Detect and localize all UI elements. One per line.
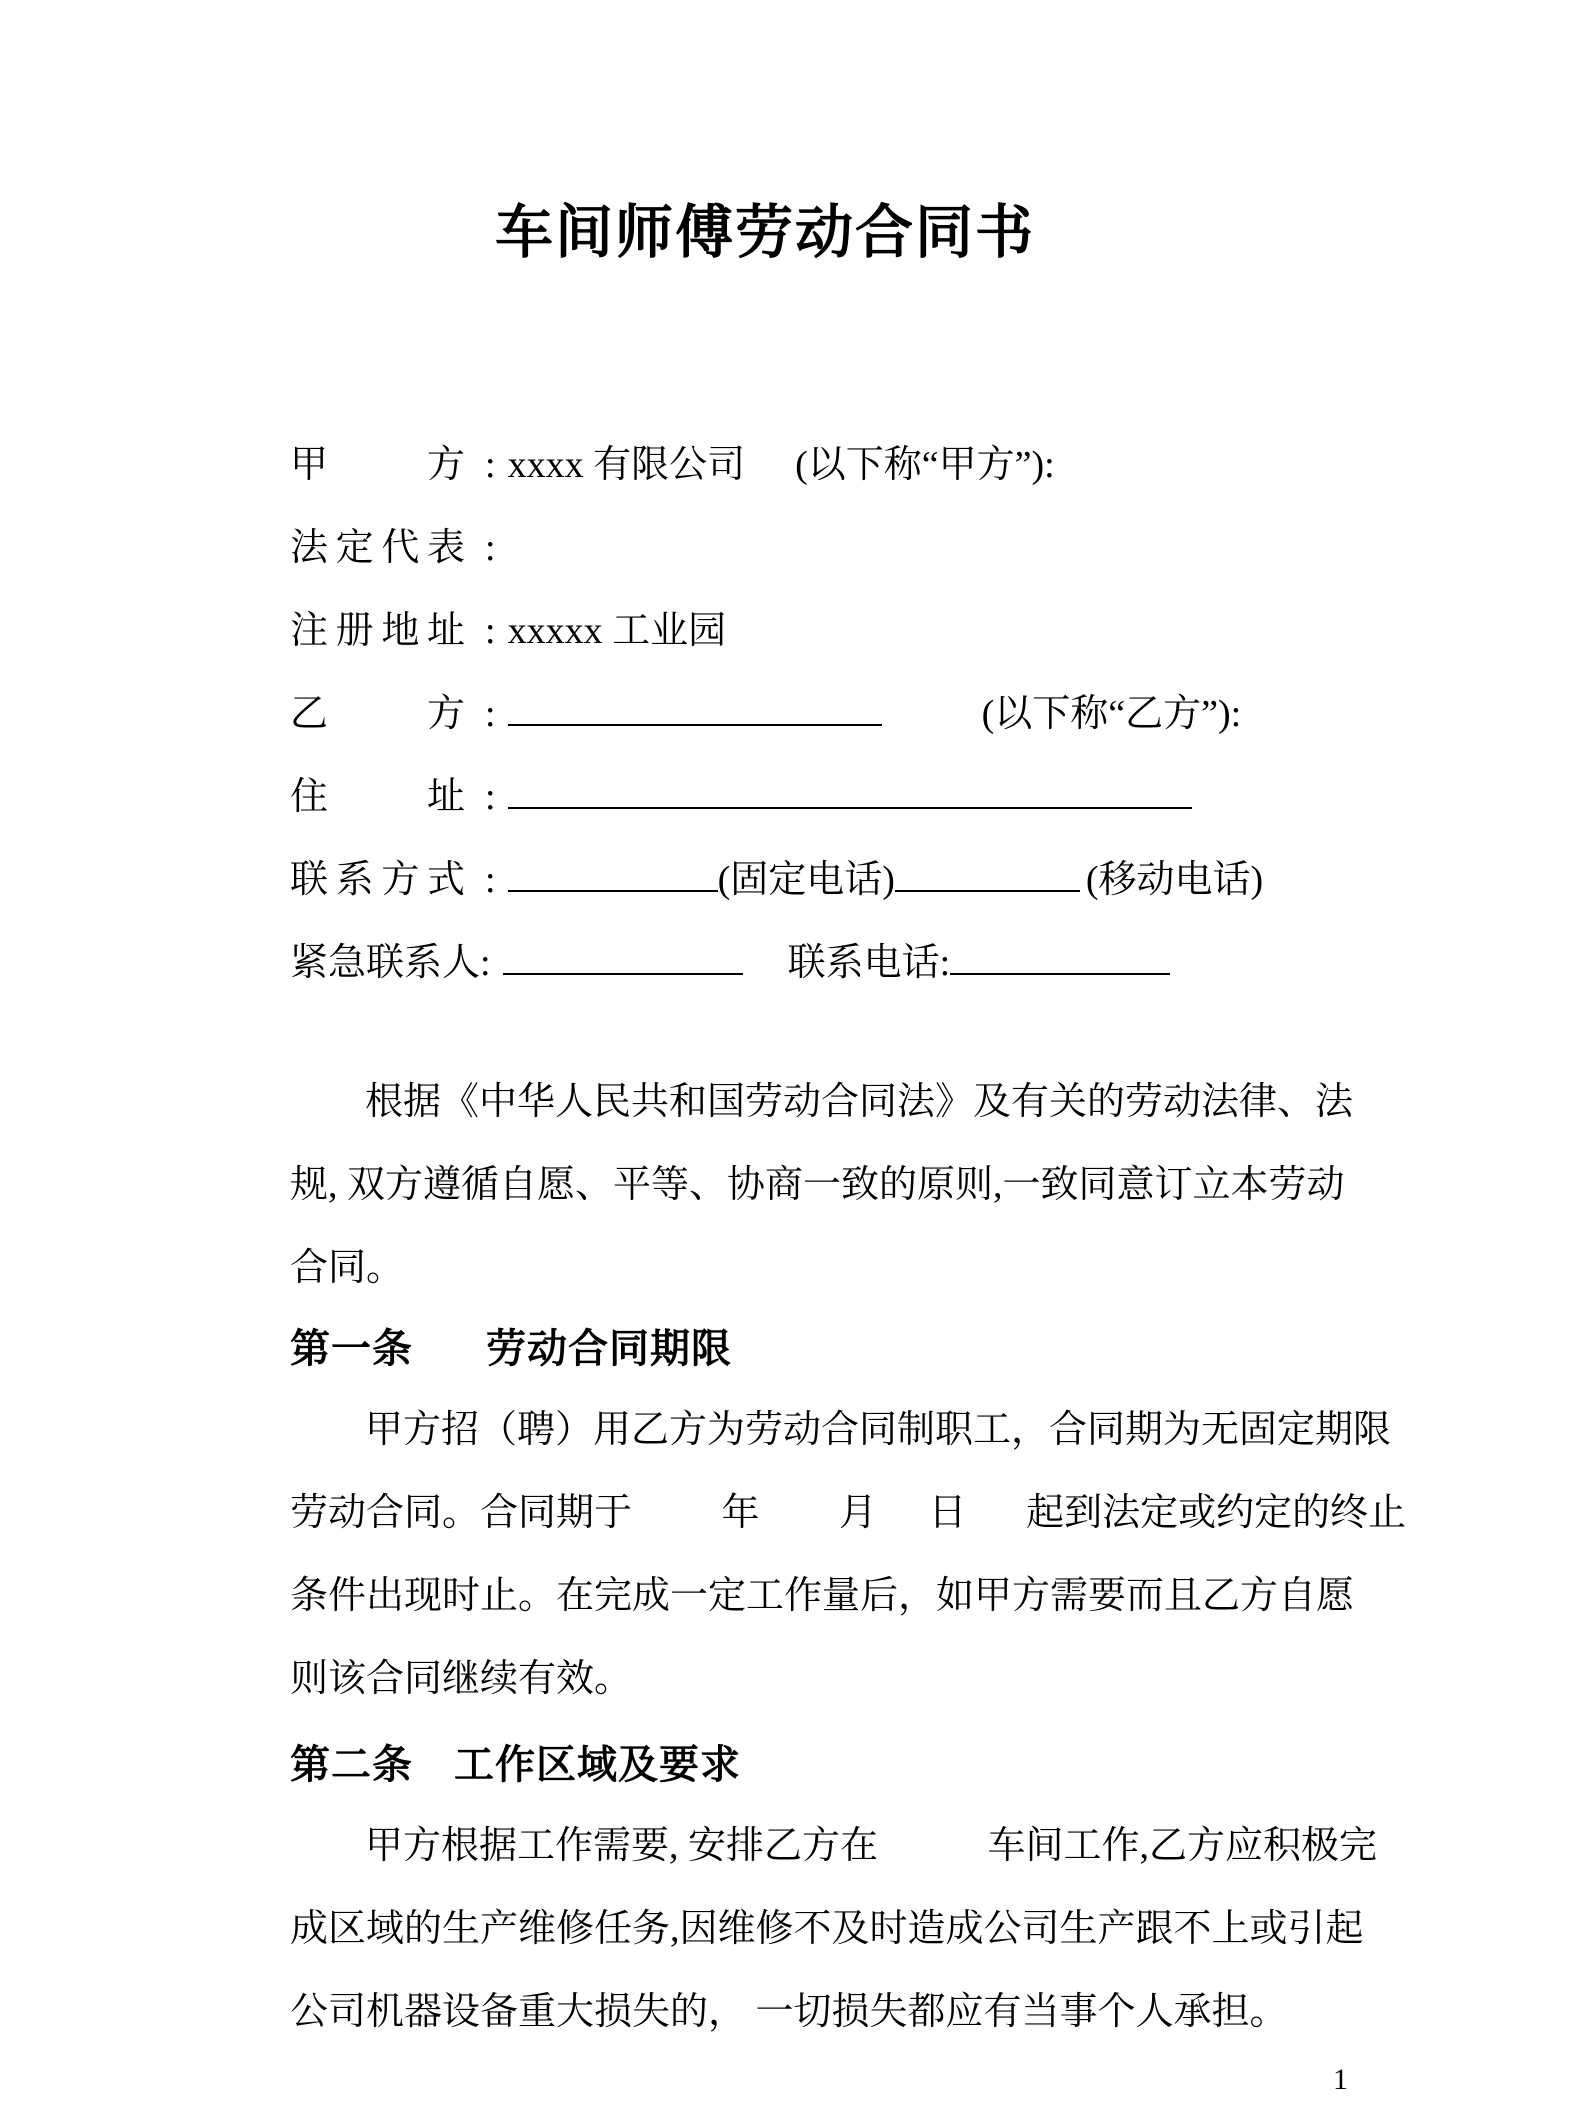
article-1-line-4: 则该合同继续有效。	[290, 1657, 632, 1703]
day-label: 日	[929, 1492, 967, 1534]
page-number: 1	[1333, 2063, 1348, 2097]
document-title: 车间师傅劳动合同书	[0, 185, 1530, 269]
registered-address-row: 注册地址 : xxxxx 工业园	[290, 599, 726, 654]
contact-colon: :	[485, 858, 496, 902]
fixed-phone-label: (固定电话)	[718, 848, 895, 903]
intro-line-2: 规, 双方遵循自愿、平等、协商一致的原则,一致同意订立本劳动	[290, 1163, 1345, 1209]
emergency-phone-blank[interactable]	[950, 967, 1170, 975]
party-a-row: 甲方 : xxxx 有限公司 (以下称“甲方”):	[290, 433, 1055, 488]
mobile-phone-label: (移动电话)	[1086, 848, 1263, 903]
party-b-row: 乙方 : (以下称“乙方”):	[290, 682, 1241, 737]
party-b-alias-note: (以下称“乙方”):	[982, 682, 1242, 737]
legal-rep-row: 法定代表 :	[290, 516, 496, 571]
legal-rep-label: 法定代表	[290, 516, 465, 571]
emergency-contact-label: 紧急联系人:	[290, 931, 491, 986]
party-b-label: 乙方	[290, 682, 465, 737]
contract-period-prefix: 劳动合同。合同期于	[290, 1492, 632, 1534]
contract-document-page: 车间师傅劳动合同书 甲方 : xxxx 有限公司 (以下称“甲方”): 法定代表…	[0, 0, 1587, 2109]
article-2-number: 第二条	[290, 1742, 413, 1787]
article-2-line-3: 公司机器设备重大损失的， 一切损失都应有当事个人承担。	[290, 1990, 1288, 2036]
contact-row: 联系方式 : (固定电话) (移动电话)	[290, 848, 1263, 903]
party-b-name-blank[interactable]	[508, 718, 882, 726]
emergency-contact-row: 紧急联系人: 联系电话:	[290, 931, 1170, 986]
emergency-contact-blank[interactable]	[503, 967, 743, 975]
article-1-line-3: 条件出现时止。在完成一定工作量后，如甲方需要而且乙方自愿	[290, 1574, 1354, 1620]
address-label: 住址	[290, 765, 465, 820]
address-row: 住址 :	[290, 765, 1192, 820]
party-a-value: xxxx 有限公司	[508, 433, 746, 488]
address-colon: :	[485, 775, 496, 819]
article-1-line-1: 甲方招（聘）用乙方为劳动合同制职工，合同期为无固定期限	[290, 1408, 1391, 1454]
registered-address-label: 注册地址	[290, 599, 465, 654]
article-2-heading: 第二条 工作区域及要求	[290, 1741, 741, 1789]
party-b-colon: :	[485, 692, 496, 736]
article-1-number: 第一条	[290, 1326, 413, 1371]
mobile-phone-blank[interactable]	[895, 884, 1080, 892]
article-2-title: 工作区域及要求	[454, 1742, 741, 1787]
party-a-alias-note: (以下称“甲方”):	[795, 433, 1055, 488]
article-2-line-1: 甲方根据工作需要, 安排乙方在 车间工作,乙方应积极完	[290, 1824, 1377, 1870]
workshop-assignment-prefix: 甲方根据工作需要, 安排乙方在	[365, 1825, 878, 1867]
contract-period-suffix: 起到法定或约定的终止	[1026, 1492, 1406, 1534]
legal-rep-colon: :	[485, 526, 496, 570]
registered-address-value: xxxxx 工业园	[508, 599, 727, 654]
article-1-heading: 第一条 劳动合同期限	[290, 1325, 732, 1373]
intro-line-3: 合同。	[290, 1246, 404, 1292]
fixed-phone-blank[interactable]	[508, 884, 718, 892]
year-label: 年	[722, 1492, 760, 1534]
workshop-assignment-suffix: 车间工作,乙方应积极完	[988, 1825, 1378, 1867]
month-label: 月	[839, 1492, 877, 1534]
emergency-phone-label: 联系电话:	[788, 931, 951, 986]
address-blank[interactable]	[508, 801, 1192, 809]
article-1-title: 劳动合同期限	[486, 1326, 732, 1371]
contact-label: 联系方式	[290, 848, 465, 903]
party-a-label: 甲方	[290, 433, 465, 488]
party-a-colon: :	[485, 443, 496, 487]
registered-address-colon: :	[485, 609, 496, 653]
article-1-line-2: 劳动合同。合同期于 年 月 日 起到法定或约定的终止	[290, 1491, 1406, 1537]
intro-line-1: 根据《中华人民共和国劳动合同法》及有关的劳动法律、法	[290, 1080, 1353, 1126]
article-2-line-2: 成区域的生产维修任务,因维修不及时造成公司生产跟不上或引起	[290, 1907, 1364, 1953]
